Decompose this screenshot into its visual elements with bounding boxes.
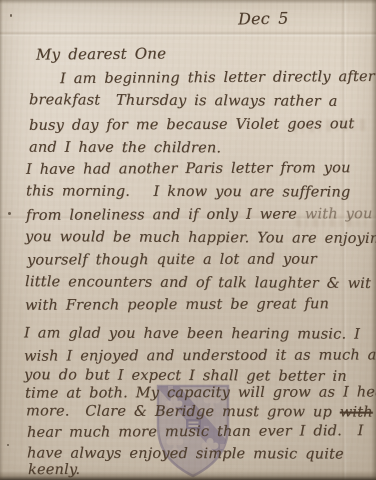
letter-line: you do but I expect I shall get better i… (24, 367, 347, 386)
letter-line: keenly. (28, 462, 80, 479)
letter-line: from loneliness and if only I were with … (26, 206, 373, 225)
faded-words: with you (305, 206, 373, 222)
ink-speck (10, 14, 12, 17)
letter-line: and I have the children. (29, 140, 221, 158)
scan-edge-left (0, 0, 3, 480)
letter-line: time at both. My capacity will grow as I… (25, 384, 376, 402)
struck-word: with (340, 404, 373, 420)
letter-date: Dec 5 (238, 10, 289, 28)
letter-line: with French people must be great fun (25, 296, 329, 315)
ink-speck (7, 444, 9, 446)
letter-line: more. Clare & Beridge must grow up with … (26, 403, 376, 421)
letter-line: have always enjoyed simple music quite (27, 445, 344, 463)
letter-line: I am glad you have been hearing music. I (24, 325, 360, 343)
ink-speck (8, 212, 11, 215)
letter-line-text: more. Clare & Beridge must grow up (26, 403, 340, 420)
letter-line-text: from loneliness and if only I were (26, 206, 305, 223)
letter-line: busy day for me because Violet goes out (29, 116, 354, 135)
letter-line: I have had another Paris letter from you (26, 160, 351, 179)
letter-scan-page: Dec 5 My dearest One I am beginning this… (0, 0, 376, 480)
letter-line: wish I enjoyed and understood it as much… (24, 347, 376, 365)
letter-line: breakfast Thursday is always rather a (29, 92, 338, 111)
letter-line: hear much more music than ever I did. I (27, 423, 364, 442)
letter-line: I am beginning this letter directly afte… (60, 69, 375, 88)
letter-salutation: My dearest One (36, 45, 166, 63)
letter-line: little encounters and of talk laughter &… (25, 274, 371, 293)
bleed-through-mark (20, 300, 23, 450)
letter-line: yourself though quite a lot and your (27, 251, 317, 269)
horizontal-fold-crease (0, 31, 376, 37)
letter-line: this morning. I know you are suffering (26, 183, 350, 201)
letter-line: you would be much happier. You are enjoy… (25, 229, 376, 248)
scan-edge-top (0, 0, 376, 4)
